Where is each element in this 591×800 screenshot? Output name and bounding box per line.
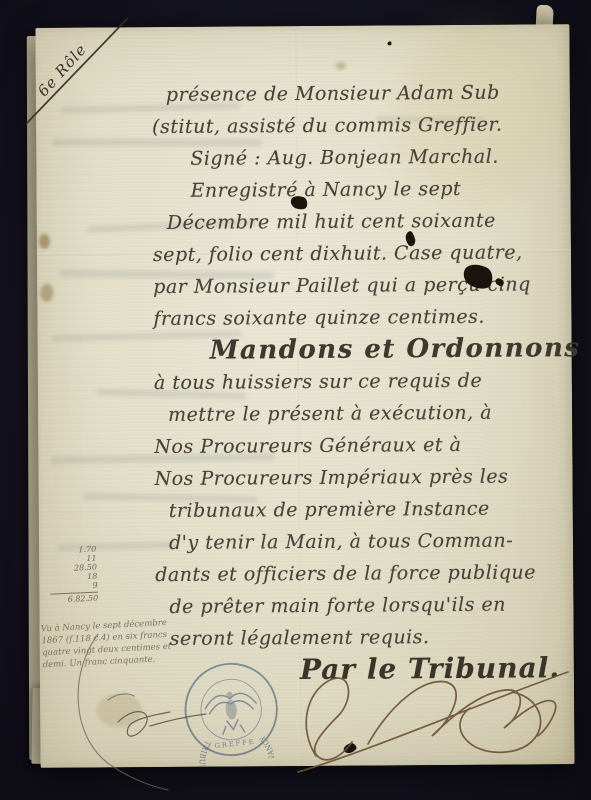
margin-figures: 1.701128.50189 [48,545,98,592]
manuscript-line: Nos Procureurs Généraux et à [154,428,568,463]
manuscript-line: sept, folio cent dixhuit. Case quatre, [153,236,567,271]
manuscript-line: de prêter main forte lorsqu'ils en [169,588,569,623]
foxing-stain [39,234,50,249]
manuscript-line: mettre le présent à exécution, à [168,396,568,431]
manuscript-line: Nos Procureurs Impériaux près les [154,460,568,495]
ink-speck [388,41,392,45]
margin-figures-block: 1.701128.50189 6.82.50 [48,545,98,605]
foxing-stain [336,62,346,70]
manuscript-line: par Monsieur Paillet qui a perçu cinq [153,268,567,303]
court-stamp: TRIBUNAL DE 1RE INSTANCE DE NANCY GREFFE [173,651,290,768]
ink-blot [342,742,357,755]
manuscript-line: Mandons et Ordonnons [210,332,568,366]
manuscript-line: à tous huissiers sur ce requis de [154,364,568,399]
margin-total: 6.82.50 [50,592,98,605]
stamp-center-text: GREFFE [214,738,256,751]
manuscript-line: francs soixante quinze centimes. [153,300,567,335]
foxing-stain [40,284,53,302]
manuscript-line: Signé : Aug. Bonjean Marchal. [190,140,566,175]
manuscript-line: tribunaux de première Instance [169,492,569,527]
foxing-stain [96,693,142,727]
manuscript-line: (stitut, assisté du commis Greffier. [152,108,566,143]
margin-figure: 9 [50,581,98,592]
manuscript-line: Décembre mil huit cent soixante [167,204,567,239]
manuscript-line: présence de Monsieur Adam Sub [166,76,566,111]
manuscript-line: Enregistré à Nancy le sept [190,172,566,207]
imperial-eagle-icon [204,689,259,736]
manuscript-line: dants et officiers de la force publique [155,556,569,591]
document-page: présence de Monsieur Adam Sub(stitut, as… [35,24,574,768]
manuscript-line: Par le Tribunal. [300,652,570,686]
scanned-document-photo: présence de Monsieur Adam Sub(stitut, as… [0,0,591,800]
manuscript-line: seront légalement requis. [170,620,570,655]
manuscript: présence de Monsieur Adam Sub(stitut, as… [152,76,570,687]
manuscript-line: d'y tenir la Main, à tous Comman- [169,524,569,559]
